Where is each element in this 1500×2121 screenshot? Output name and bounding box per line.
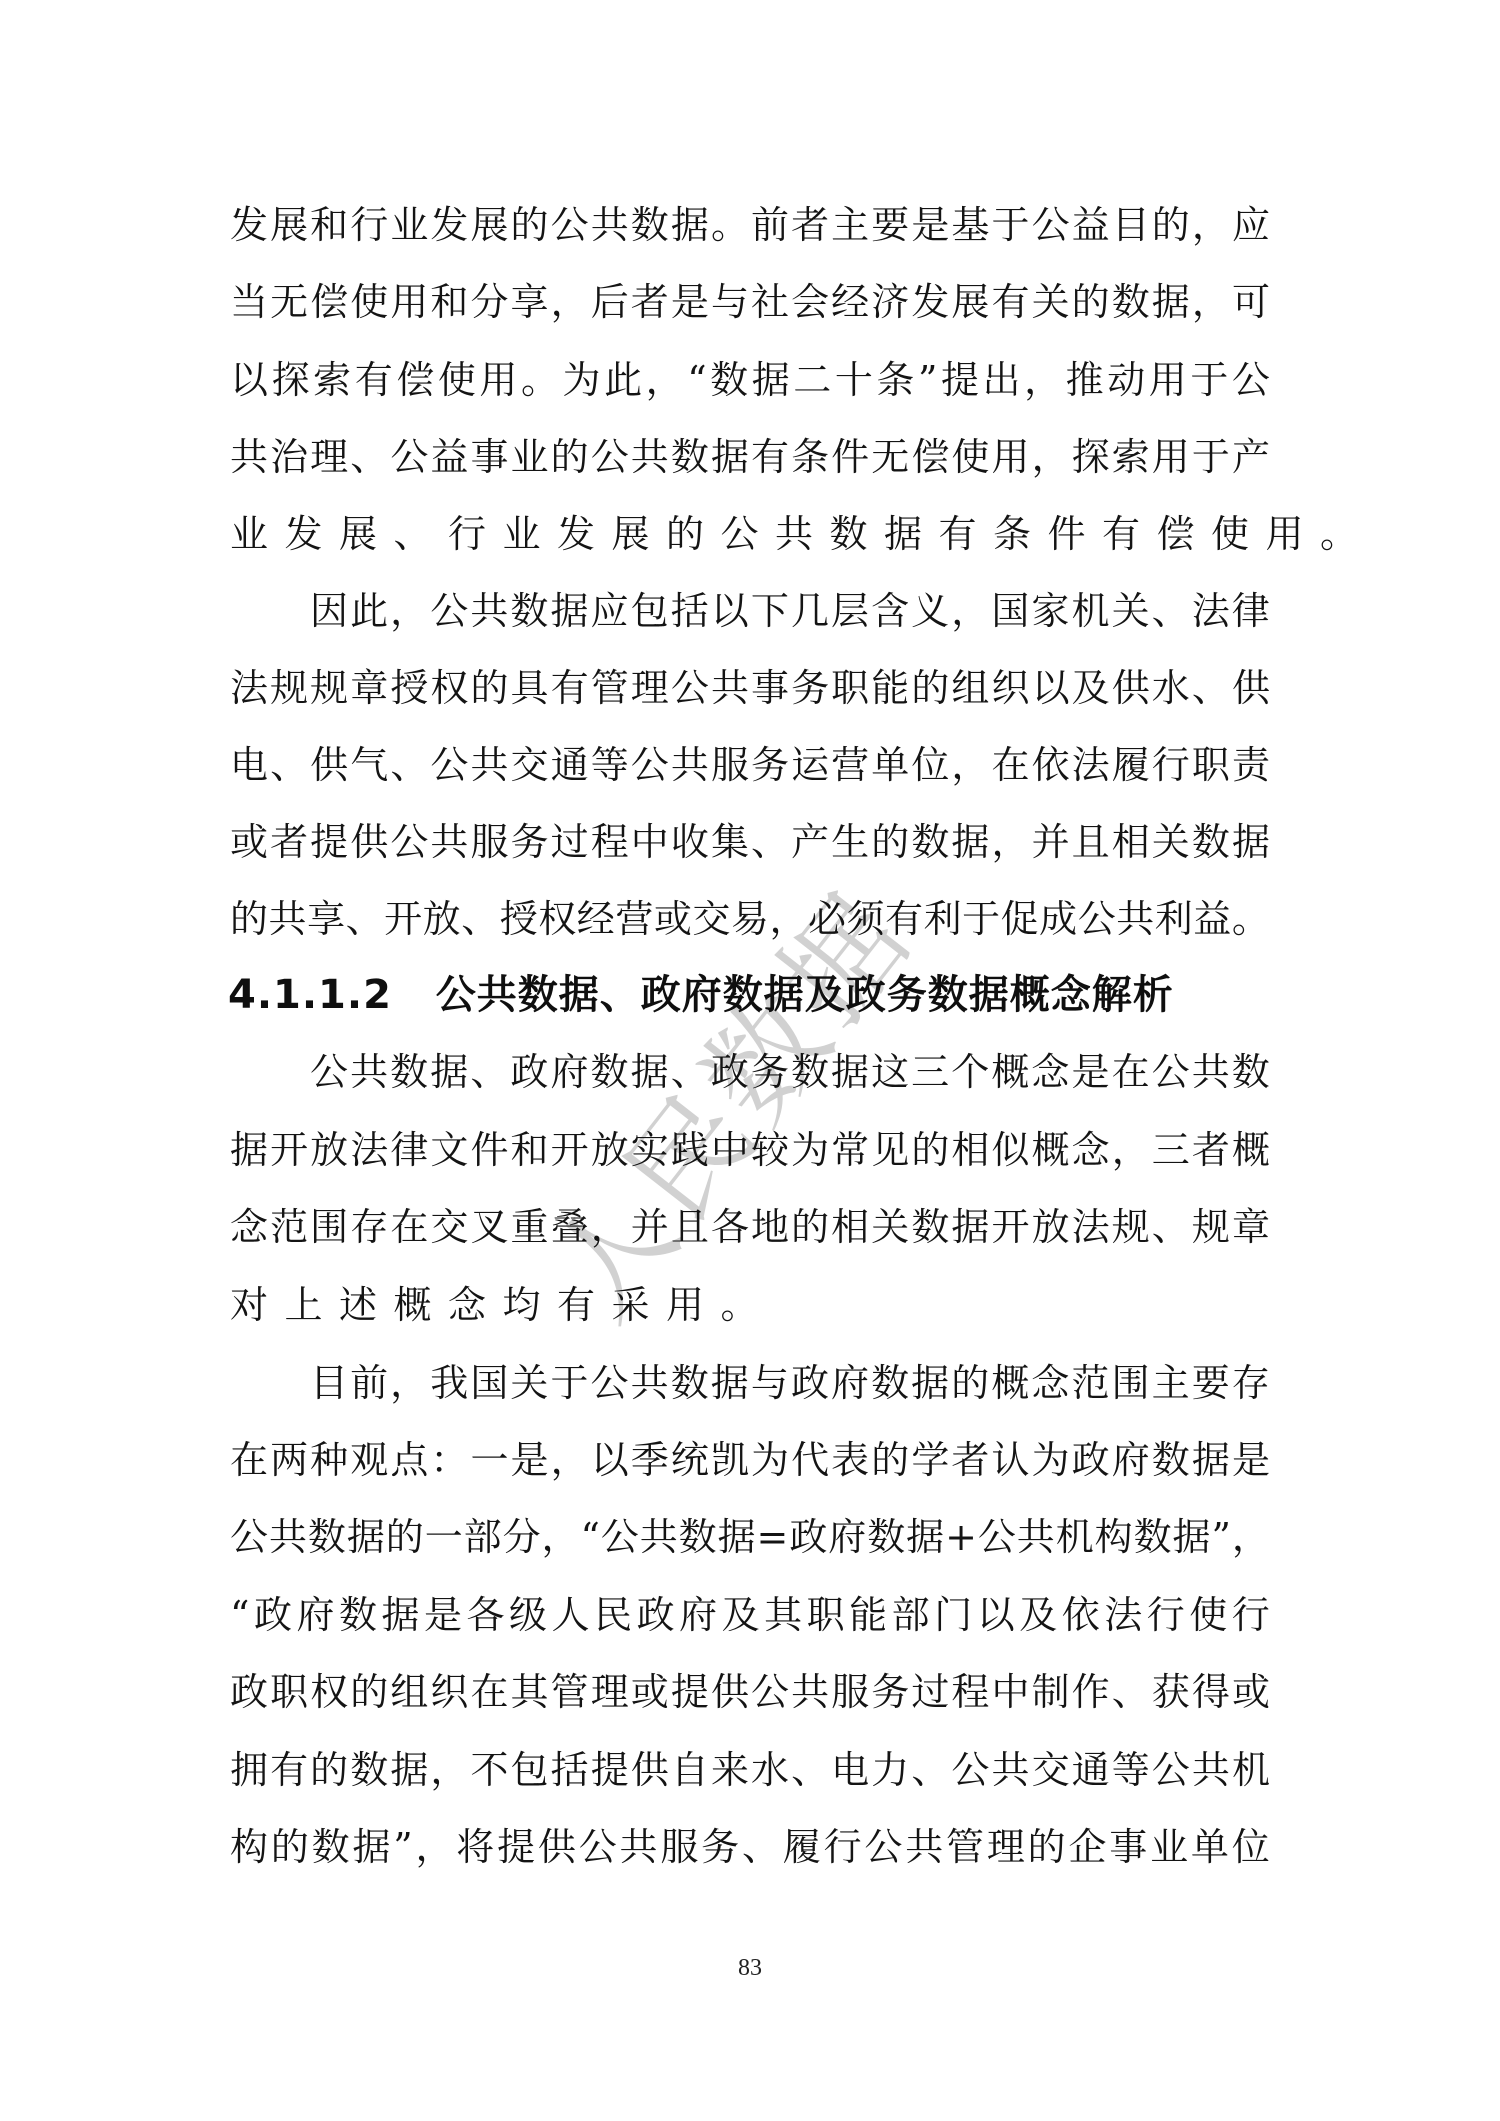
section-title: 公共数据、政府数据及政务数据概念解析 (436, 972, 1174, 1018)
text-line: 据开放法律文件和开放实践中较为常见的相似概念，三者概 (230, 1120, 1270, 1180)
text-line: 业发展、行业发展的公共数据有条件有偿使用。 (230, 504, 1270, 564)
text-line: 目前，我国关于公共数据与政府数据的概念范围主要存 (310, 1353, 1270, 1413)
text-line: 以探索有偿使用。为此，“数据二十条”提出，推动用于公 (230, 350, 1270, 410)
page-number: 83 (0, 1955, 1500, 1982)
text-line: “政府数据是各级人民政府及其职能部门以及依法行使行 (230, 1585, 1270, 1645)
text-line: 对上述概念均有采用。 (230, 1275, 1270, 1335)
text-line: 共治理、公益事业的公共数据有条件无偿使用，探索用于产 (230, 427, 1270, 487)
text-line: 的共享、开放、授权经营或交易，必须有利于促成公共利益。 (230, 889, 1270, 949)
document-page: 人民数据 发展和行业发展的公共数据。前者主要是基于公益目的，应 当无偿使用和分享… (0, 0, 1500, 2121)
text-line: 发展和行业发展的公共数据。前者主要是基于公益目的，应 (230, 195, 1270, 255)
text-line: 法规规章授权的具有管理公共事务职能的组织以及供水、供 (230, 658, 1270, 718)
text-line: 或者提供公共服务过程中收集、产生的数据，并且相关数据 (230, 812, 1270, 872)
text-line: 政职权的组织在其管理或提供公共服务过程中制作、获得或 (230, 1662, 1270, 1722)
text-line: 因此，公共数据应包括以下几层含义，国家机关、法律 (310, 581, 1270, 641)
page-content: 发展和行业发展的公共数据。前者主要是基于公益目的，应 当无偿使用和分享，后者是与… (0, 0, 1500, 2121)
section-number: 4.1.1.2 (228, 972, 392, 1018)
text-line: 在两种观点：一是，以季统凯为代表的学者认为政府数据是 (230, 1430, 1270, 1490)
text-line: 当无偿使用和分享，后者是与社会经济发展有关的数据，可 (230, 272, 1270, 332)
text-line: 拥有的数据，不包括提供自来水、电力、公共交通等公共机 (230, 1740, 1270, 1800)
text-line: 念范围存在交叉重叠，并且各地的相关数据开放法规、规章 (230, 1197, 1270, 1257)
text-line: 公共数据的一部分，“公共数据=政府数据+公共机构数据”， (230, 1507, 1270, 1567)
text-line: 公共数据、政府数据、政务数据这三个概念是在公共数 (310, 1042, 1270, 1102)
section-heading: 4.1.1.2 公共数据、政府数据及政务数据概念解析 (228, 963, 1228, 1027)
text-line: 构的数据”，将提供公共服务、履行公共管理的企事业单位 (230, 1817, 1270, 1877)
text-line: 电、供气、公共交通等公共服务运营单位，在依法履行职责 (230, 735, 1270, 795)
